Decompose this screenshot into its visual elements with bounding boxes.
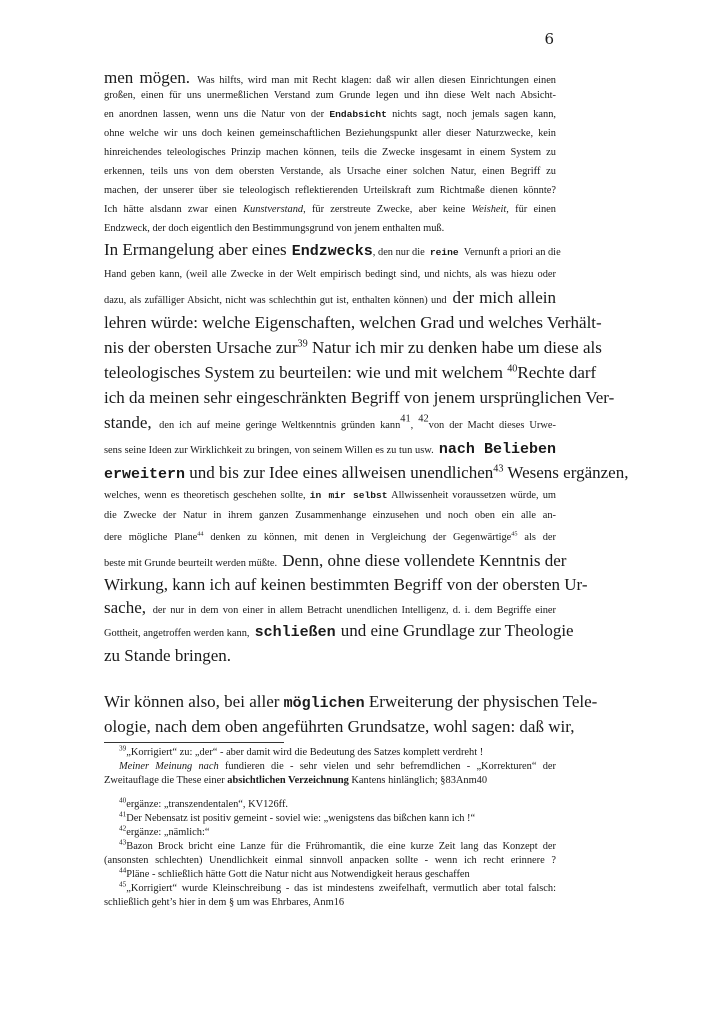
text-line: teleologisches System zu beurteilen: wie… [104, 363, 556, 383]
footnote-ref[interactable]: 40 [507, 363, 517, 374]
footnote-42: 42ergänze: „nämlich:“ [104, 826, 556, 840]
footnote-45-cont: schließlich geht’s hier in dem § um was … [104, 896, 556, 910]
footnote-43: 43Bazon Brock bricht eine Lanze für die … [104, 840, 556, 854]
emphasis-italic: Kunstverstand [243, 204, 303, 215]
footnote-ref[interactable]: 43 [493, 463, 503, 474]
emphasis-mono: reine [430, 247, 459, 258]
text-line: dazu, als zufälliger Absicht, nicht was … [104, 288, 556, 308]
text-line: die Zwecke der Natur in ihrem ganzen Zus… [104, 510, 556, 521]
text-line: Ich hätte alsdann zwar einen Kunstversta… [104, 204, 556, 215]
text-line: erweitern und bis zur Idee eines allweis… [104, 463, 556, 483]
text-line: en anordnen lassen, wenn uns die Natur v… [104, 109, 556, 120]
text-line: In Ermangelung aber eines Endzwecks, den… [104, 240, 556, 260]
text-line: Wir können also, bei aller möglichen Erw… [104, 692, 556, 712]
emphasis-mono: nach Belieben [439, 441, 556, 458]
text-line: stande, den ich auf meine geringe Weltke… [104, 413, 556, 433]
footnote-39: 39„Korrigiert“ zu: „der“ - aber damit wi… [104, 746, 556, 760]
footnote-40: 40ergänze: „transzendentalen“, KV126ff. [104, 798, 556, 812]
text-line: sache, der nur in dem von einer in allem… [104, 598, 556, 618]
text-line: dere mögliche Plane44 denken zu können, … [104, 532, 556, 543]
text-line: ologie, nach dem oben angeführten Grunds… [104, 717, 556, 737]
text-line: machen, der unserer über sie teleologisc… [104, 185, 556, 196]
text-line: sens seine Ideen zur Wirklichkeit zu bri… [104, 438, 556, 458]
emphasis-mono: erweitern [104, 466, 185, 483]
footnote-44: 44Pläne - schließlich hätte Gott die Nat… [104, 868, 556, 882]
text-line: Wirkung, kann ich auf keinen bestimmten … [104, 575, 556, 595]
text-line: nis der obersten Ursache zur39 Natur ich… [104, 338, 556, 358]
footnote-ref[interactable]: 39 [298, 338, 308, 349]
text-line: ich da meinen sehr eingeschränkten Begri… [104, 388, 556, 408]
text-line: zu Stande bringen. [104, 646, 556, 666]
emphasis-mono: Endabsicht [329, 109, 387, 120]
text-line: beste mit Grunde beurteilt werden müßte.… [104, 551, 556, 571]
footnote-rule [104, 742, 284, 743]
emphasis-italic: Weisheit [471, 204, 506, 215]
footnote-ref[interactable]: 42 [418, 414, 428, 425]
footnote-39-cont: Meiner Meinung nach fundieren die - sehr… [104, 760, 556, 774]
text-line: lehren würde: welche Eigenschaften, welc… [104, 313, 556, 333]
emphasis-mono: in mir selbst [310, 490, 388, 501]
text-line: ohne welche wir uns doch keinen gemeinsc… [104, 128, 556, 139]
text-line: großen, einen für uns unermeßlichen Vers… [104, 90, 556, 101]
page-number: 6 [544, 30, 554, 48]
text-line: Endzweck, der doch eigentlich den Bestim… [104, 223, 556, 234]
text-line: hinreichendes teleologisches Prinzip mac… [104, 147, 556, 158]
footnote-45: 45„Korrigiert“ wurde Kleinschreibung - d… [104, 882, 556, 896]
footnote-41: 41Der Nebensatz ist positiv gemeint - so… [104, 812, 556, 826]
emphasis-mono: schließen [255, 624, 336, 641]
footnote-43-cont: (ansonsten schlechten) Unendlichkeit ein… [104, 854, 556, 868]
text-line: welches, wenn es theoretisch geschehen s… [104, 490, 556, 501]
text-line: Hand geben kann, (weil alle Zwecke in de… [104, 269, 556, 280]
text-line: Gottheit, angetroffen werden kann, schli… [104, 621, 556, 641]
emphasis-mono: Endzwecks [292, 243, 373, 260]
emphasis-mono: möglichen [284, 695, 365, 712]
footnote-ref[interactable]: 41 [400, 414, 410, 425]
text-line: men mögen. Was hilfts, wird man mit Rech… [104, 68, 556, 88]
footnote-39-cont: Zweitauflage die These einer absichtlich… [104, 774, 556, 788]
text-line: erkennen, teils uns von dem obersten Ver… [104, 166, 556, 177]
